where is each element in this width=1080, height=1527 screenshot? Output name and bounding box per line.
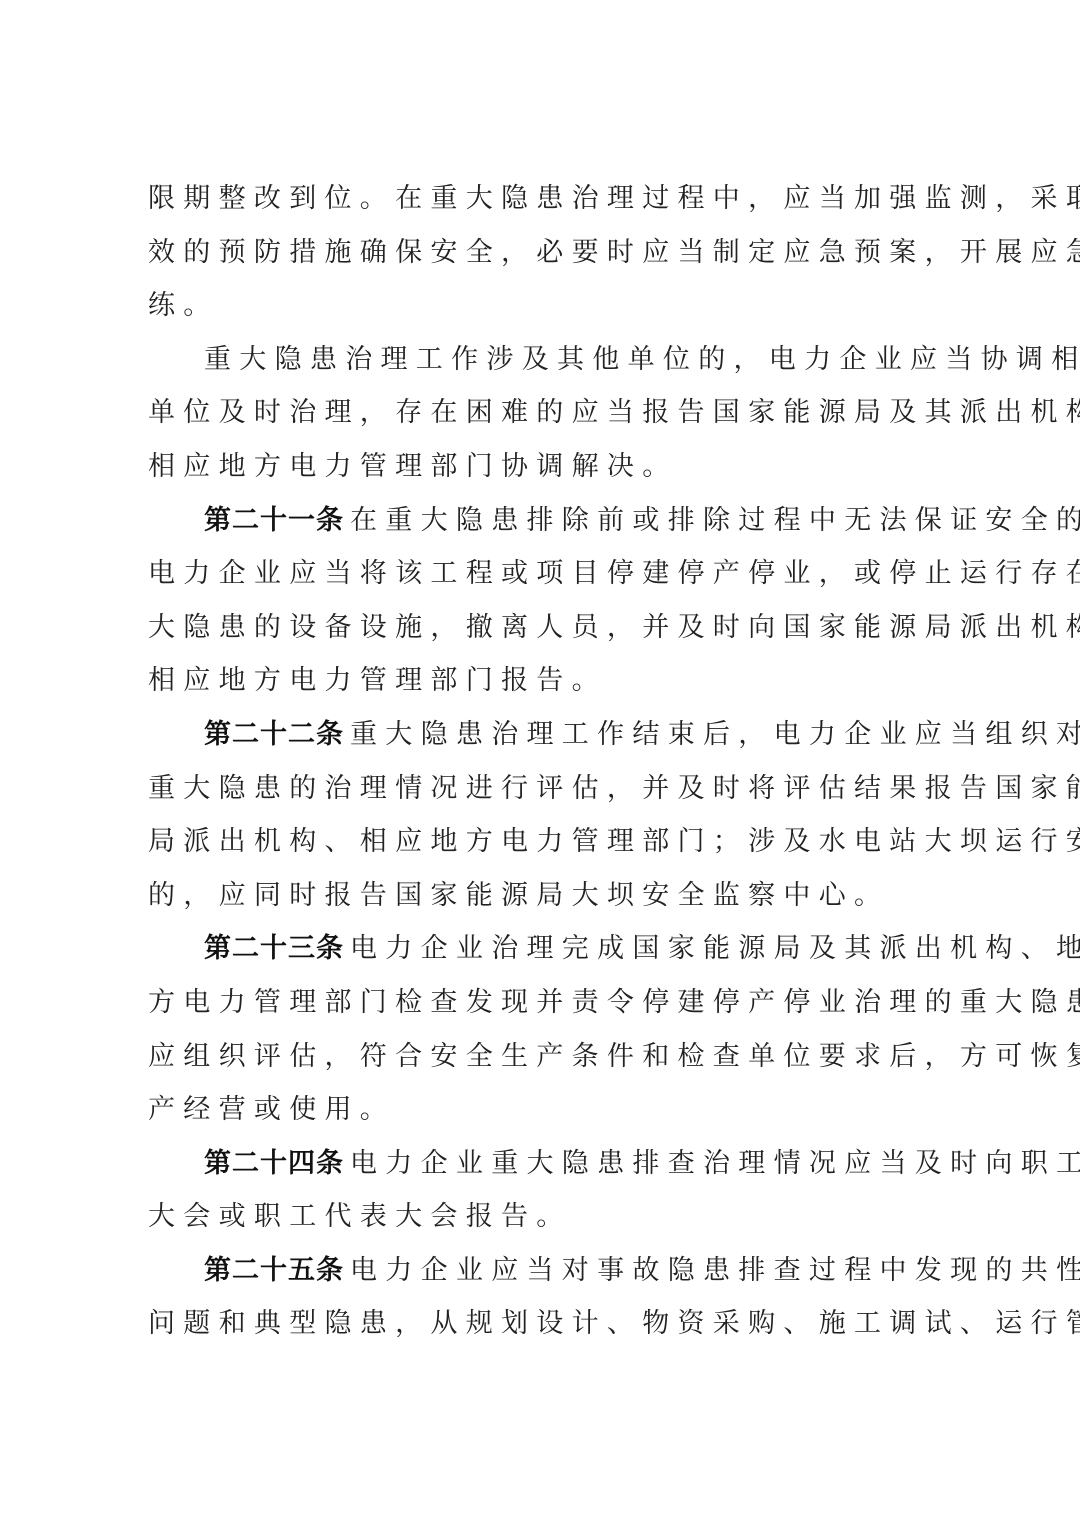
text-line: 产经营或使用。 xyxy=(148,1083,938,1137)
text-line: 限期整改到位。在重大隐患治理过程中，应当加强监测，采取有 xyxy=(148,172,938,226)
article-number: 第二十四条 xyxy=(204,1148,344,1179)
text-line: 第二十二条重大隐患治理工作结束后，电力企业应当组织对 xyxy=(148,708,938,762)
text-line: 第二十三条电力企业治理完成国家能源局及其派出机构、地 xyxy=(148,922,938,976)
text-line: 效的预防措施确保安全，必要时应当制定应急预案，开展应急演 xyxy=(148,226,938,280)
text-line: 问题和典型隐患，从规划设计、物资采购、施工调试、运行管理 xyxy=(148,1297,938,1351)
text-line: 练。 xyxy=(148,279,938,333)
article-text: 在重大隐患排除前或排除过程中无法保证安全的， xyxy=(350,505,1080,536)
text-line: 方电力管理部门检查发现并责令停建停产停业治理的重大隐患后， xyxy=(148,976,938,1030)
text-line: 相应地方电力管理部门协调解决。 xyxy=(148,440,938,494)
text-line: 大隐患的设备设施，撤离人员，并及时向国家能源局派出机构、 xyxy=(148,601,938,655)
article-text: 重大隐患治理工作结束后，电力企业应当组织对 xyxy=(350,719,1080,750)
article-text: 电力企业治理完成国家能源局及其派出机构、地 xyxy=(350,933,1080,964)
article-21: 第二十一条在重大隐患排除前或排除过程中无法保证安全的， 电力企业应当将该工程或项… xyxy=(148,494,938,708)
text-line: 单位及时治理，存在困难的应当报告国家能源局及其派出机构、 xyxy=(148,386,938,440)
article-number: 第二十五条 xyxy=(204,1255,344,1286)
text-line: 局派出机构、相应地方电力管理部门；涉及水电站大坝运行安全 xyxy=(148,815,938,869)
text-line: 第二十四条电力企业重大隐患排查治理情况应当及时向职工 xyxy=(148,1137,938,1191)
text-line: 重大隐患治理工作涉及其他单位的，电力企业应当协调相关 xyxy=(148,333,938,387)
document-page: 限期整改到位。在重大隐患治理过程中，应当加强监测，采取有 效的预防措施确保安全，… xyxy=(148,172,938,1351)
article-22: 第二十二条重大隐患治理工作结束后，电力企业应当组织对 重大隐患的治理情况进行评估… xyxy=(148,708,938,922)
paragraph-coordination: 重大隐患治理工作涉及其他单位的，电力企业应当协调相关 单位及时治理，存在困难的应… xyxy=(148,333,938,494)
article-number: 第二十三条 xyxy=(204,933,344,964)
paragraph-continuation: 限期整改到位。在重大隐患治理过程中，应当加强监测，采取有 效的预防措施确保安全，… xyxy=(148,172,938,333)
text-line: 大会或职工代表大会报告。 xyxy=(148,1190,938,1244)
text-line: 第二十五条电力企业应当对事故隐患排查过程中发现的共性 xyxy=(148,1244,938,1298)
text-line: 电力企业应当将该工程或项目停建停产停业，或停止运行存在重 xyxy=(148,547,938,601)
article-number: 第二十一条 xyxy=(204,505,344,536)
article-number: 第二十二条 xyxy=(204,719,344,750)
text-line: 的，应同时报告国家能源局大坝安全监察中心。 xyxy=(148,869,938,923)
text-line: 相应地方电力管理部门报告。 xyxy=(148,654,938,708)
article-text: 电力企业重大隐患排查治理情况应当及时向职工 xyxy=(350,1148,1080,1179)
text-line: 重大隐患的治理情况进行评估，并及时将评估结果报告国家能源 xyxy=(148,762,938,816)
article-25: 第二十五条电力企业应当对事故隐患排查过程中发现的共性 问题和典型隐患，从规划设计… xyxy=(148,1244,938,1351)
article-23: 第二十三条电力企业治理完成国家能源局及其派出机构、地 方电力管理部门检查发现并责… xyxy=(148,922,938,1136)
text-line: 第二十一条在重大隐患排除前或排除过程中无法保证安全的， xyxy=(148,494,938,548)
article-24: 第二十四条电力企业重大隐患排查治理情况应当及时向职工 大会或职工代表大会报告。 xyxy=(148,1137,938,1244)
article-text: 电力企业应当对事故隐患排查过程中发现的共性 xyxy=(350,1255,1080,1286)
text-line: 应组织评估，符合安全生产条件和检查单位要求后，方可恢复生 xyxy=(148,1030,938,1084)
